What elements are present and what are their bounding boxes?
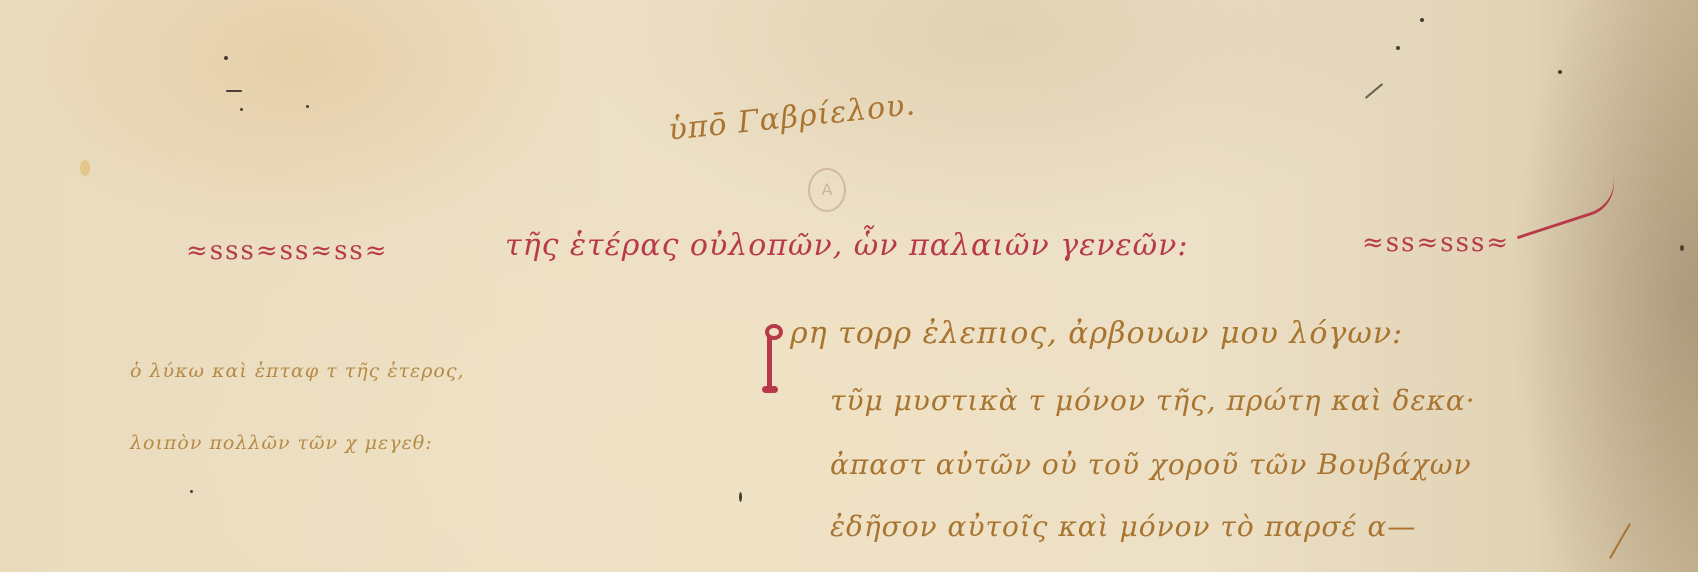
title-swash [1508, 174, 1623, 239]
title-right-ornament: ≈ss≈sss≈ [1362, 228, 1510, 258]
ink-speck [1680, 245, 1684, 251]
main-text-line-3: ἀπαστ αὐτῶν οὐ τοῦ χοροῦ τῶν Βουβάχων [830, 448, 1472, 481]
ink-speck [224, 56, 228, 60]
stray-mark [1365, 83, 1383, 99]
scholion-line-2: λοιπὸν πολλῶν τῶν χ μεγεθ: [130, 432, 433, 454]
main-text-line-4: ἐδῆσον αὐτοῖς καὶ μόνον τὸ παρσέ α— [830, 510, 1416, 543]
ink-speck [306, 105, 309, 108]
library-stamp: A [808, 168, 846, 212]
ink-speck [1420, 18, 1424, 22]
ink-speck [240, 108, 243, 111]
stroke-fragment [1609, 523, 1631, 559]
ink-speck [1396, 46, 1400, 50]
manuscript-page: A ὑπο̄ Γαβρίελου. ≈sss≈ss≈ss≈ τῆς ἑτέρας… [0, 0, 1698, 572]
ink-speck [226, 90, 242, 92]
title-left-ornament: ≈sss≈ss≈ss≈ [186, 236, 389, 266]
main-text-line-1: ρη τορρ ἐλεπιος, ἀρβουων μου λόγων: [790, 316, 1403, 351]
ink-speck [190, 490, 193, 493]
ink-speck [739, 492, 742, 502]
rubricated-initial [765, 318, 783, 396]
initial-foot [762, 386, 778, 393]
title-line: τῆς ἑτέρας οὐλοπῶν, ὧν παλαιῶν γενεῶν: [505, 228, 1188, 263]
stain [80, 160, 90, 176]
initial-stem [767, 336, 772, 390]
heading-note: ὑπο̄ Γαβρίελου. [667, 87, 918, 148]
main-text-line-2: τῦμ μυστικὰ τ μόνον τῆς, πρώτη καὶ δεκα· [830, 384, 1476, 417]
scholion-line-1: ὁ λύκω καὶ ἑπταφ τ τῆς ἑτερος, [130, 360, 465, 382]
ink-speck [1558, 70, 1562, 74]
